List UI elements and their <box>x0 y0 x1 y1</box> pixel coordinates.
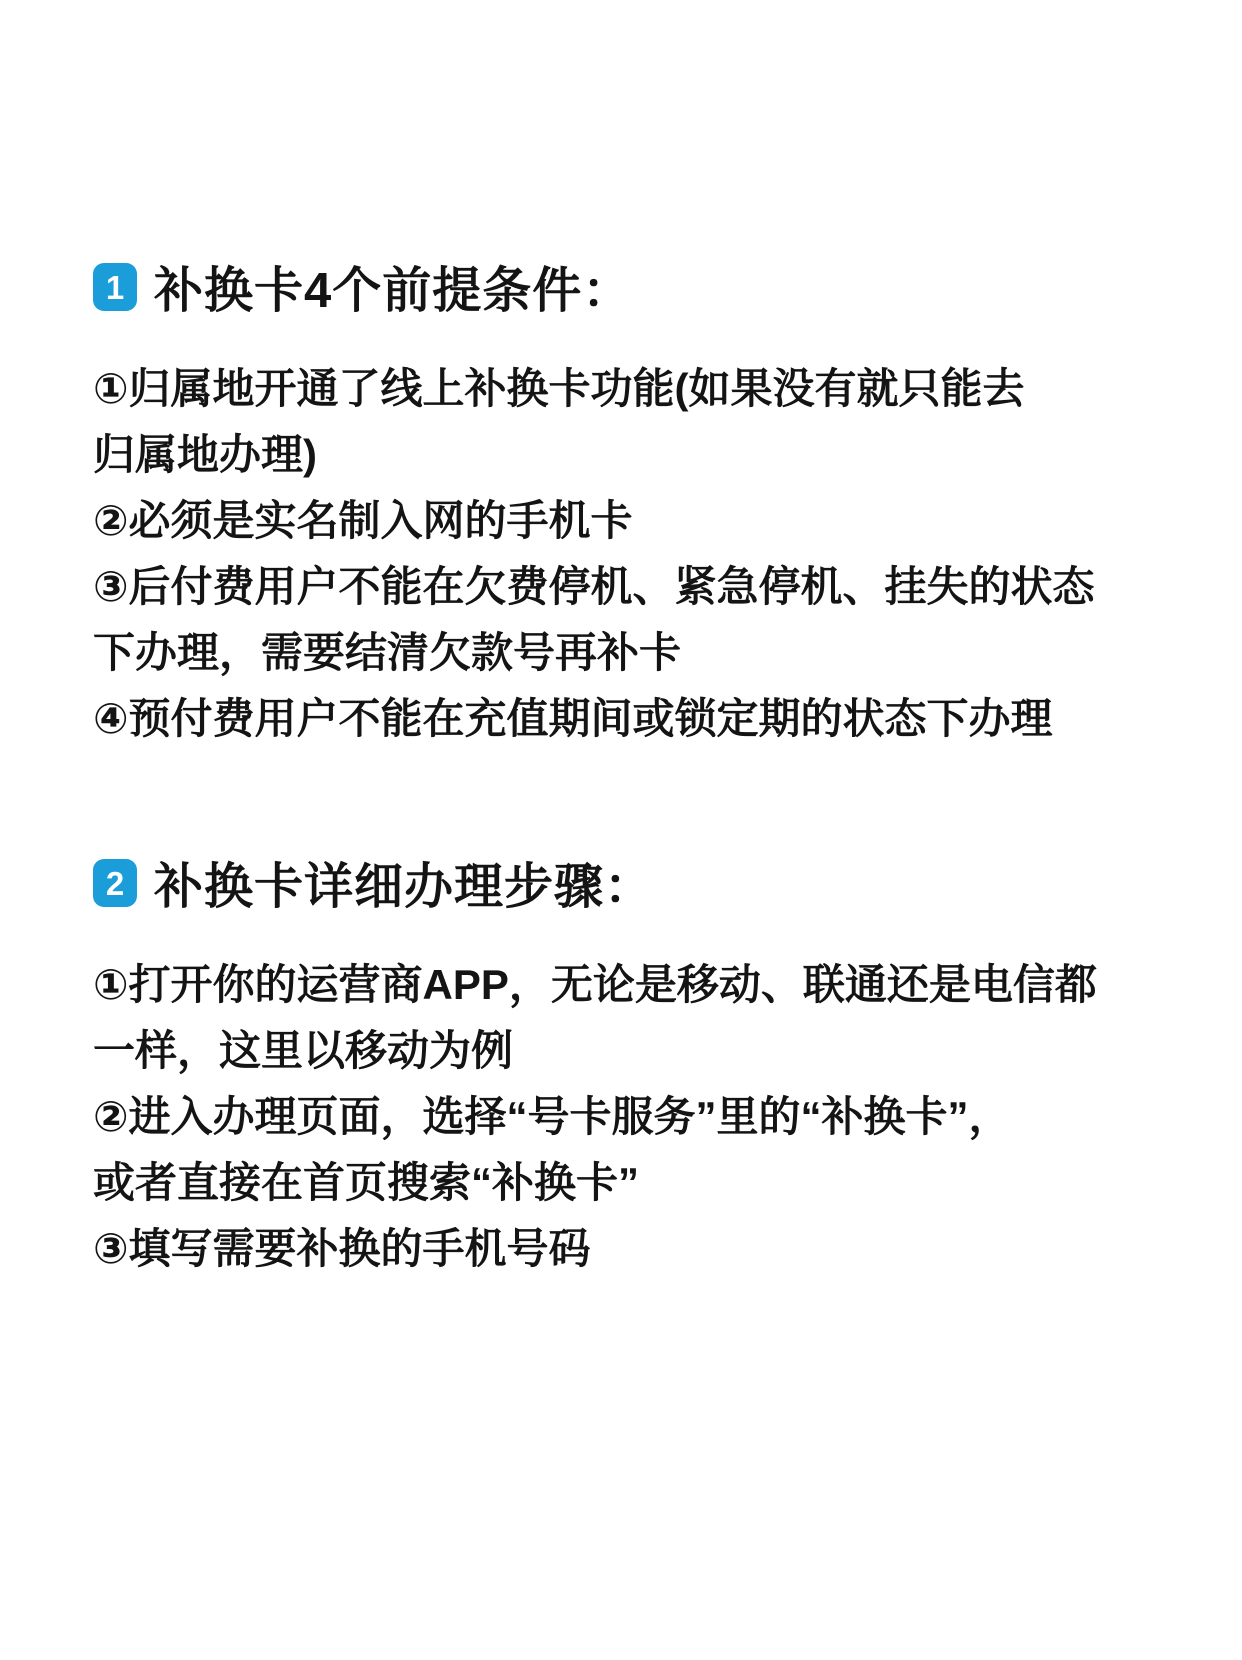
keycap-1-icon: 1 <box>93 263 137 311</box>
list-item-step-2: ②进入办理页面，选择“号卡服务”里的“补换卡”， 或者直接在首页搜索“补换卡” <box>93 1084 1162 1216</box>
list-item-prereq-3: ③后付费用户不能在欠费停机、紧急停机、挂失的状态 下办理，需要结清欠款号再补卡 <box>93 554 1162 686</box>
section-prerequisites: 1 补换卡4个前提条件： ①归属地开通了线上补换卡功能(如果没有就只能去 归属地… <box>93 262 1162 752</box>
section-heading-steps: 2 补换卡详细办理步骤： <box>93 858 1162 908</box>
steps-list: ①打开你的运营商APP，无论是移动、联通还是电信都 一样，这里以移动为例 ②进入… <box>93 952 1162 1282</box>
list-item-step-3: ③填写需要补换的手机号码 <box>93 1216 1162 1282</box>
section-title-steps: 补换卡详细办理步骤： <box>154 848 654 918</box>
section-heading-prerequisites: 1 补换卡4个前提条件： <box>93 262 1162 312</box>
keycap-2-icon: 2 <box>93 859 137 907</box>
list-item-step-1: ①打开你的运营商APP，无论是移动、联通还是电信都 一样，这里以移动为例 <box>93 952 1162 1084</box>
tutorial-page: 1 补换卡4个前提条件： ①归属地开通了线上补换卡功能(如果没有就只能去 归属地… <box>0 0 1242 1660</box>
list-item-prereq-2: ②必须是实名制入网的手机卡 <box>93 488 1162 554</box>
section-steps: 2 补换卡详细办理步骤： ①打开你的运营商APP，无论是移动、联通还是电信都 一… <box>93 858 1162 1282</box>
section-title-prerequisites: 补换卡4个前提条件： <box>154 252 632 322</box>
prerequisites-list: ①归属地开通了线上补换卡功能(如果没有就只能去 归属地办理) ②必须是实名制入网… <box>93 356 1162 752</box>
list-item-prereq-1: ①归属地开通了线上补换卡功能(如果没有就只能去 归属地办理) <box>93 356 1162 488</box>
list-item-prereq-4: ④预付费用户不能在充值期间或锁定期的状态下办理 <box>93 686 1162 752</box>
